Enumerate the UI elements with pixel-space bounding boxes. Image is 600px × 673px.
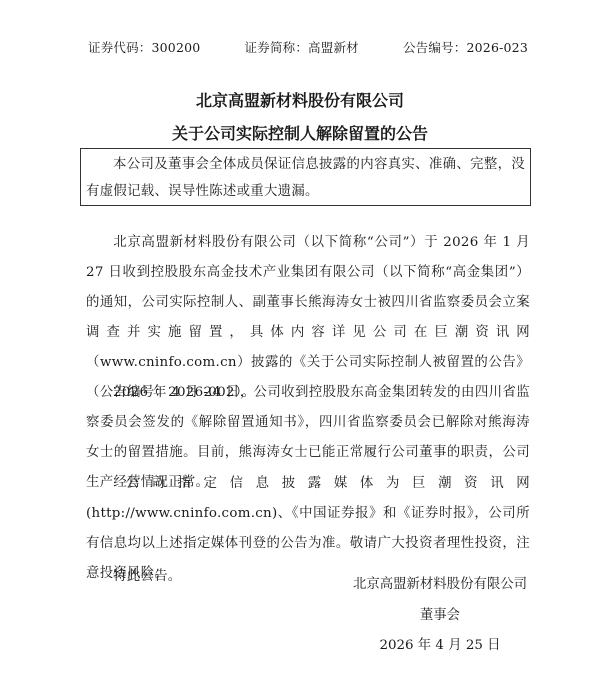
stock-code: 证券代码：300200 (88, 38, 200, 56)
announcement-title: 关于公司实际控制人解除留置的公告 (0, 121, 600, 144)
company-title: 北京高盟新材料股份有限公司 (0, 88, 600, 111)
announcement-number: 公告编号：2026-023 (403, 38, 528, 56)
stock-name: 证券简称：高盟新材 (245, 38, 359, 56)
signature-date: 2026 年 4 月 25 日 (300, 634, 580, 653)
disclaimer-text: 本公司及董事会全体成员保证信息披露的内容真实、准确、完整，没有虚假记载、误导性陈… (81, 149, 530, 205)
disclaimer-box: 本公司及董事会全体成员保证信息披露的内容真实、准确、完整，没有虚假记载、误导性陈… (80, 148, 531, 206)
announcement-header: 证券代码：300200 证券简称：高盟新材 公告编号：2026-023 (88, 38, 528, 56)
signature-company: 北京高盟新材料股份有限公司 (300, 573, 580, 592)
signature-board: 董事会 (300, 604, 580, 623)
